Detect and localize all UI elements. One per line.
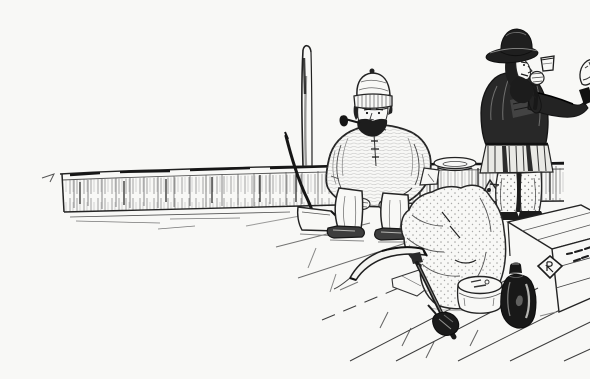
tin-pan [458, 277, 503, 314]
ink-drawing [40, 16, 590, 363]
illustration-canvas: Black-and-white pen sketch: a bearded ma… [40, 16, 590, 363]
raised-glass [541, 56, 554, 71]
boot [327, 226, 364, 238]
ledge-plate [434, 158, 476, 171]
